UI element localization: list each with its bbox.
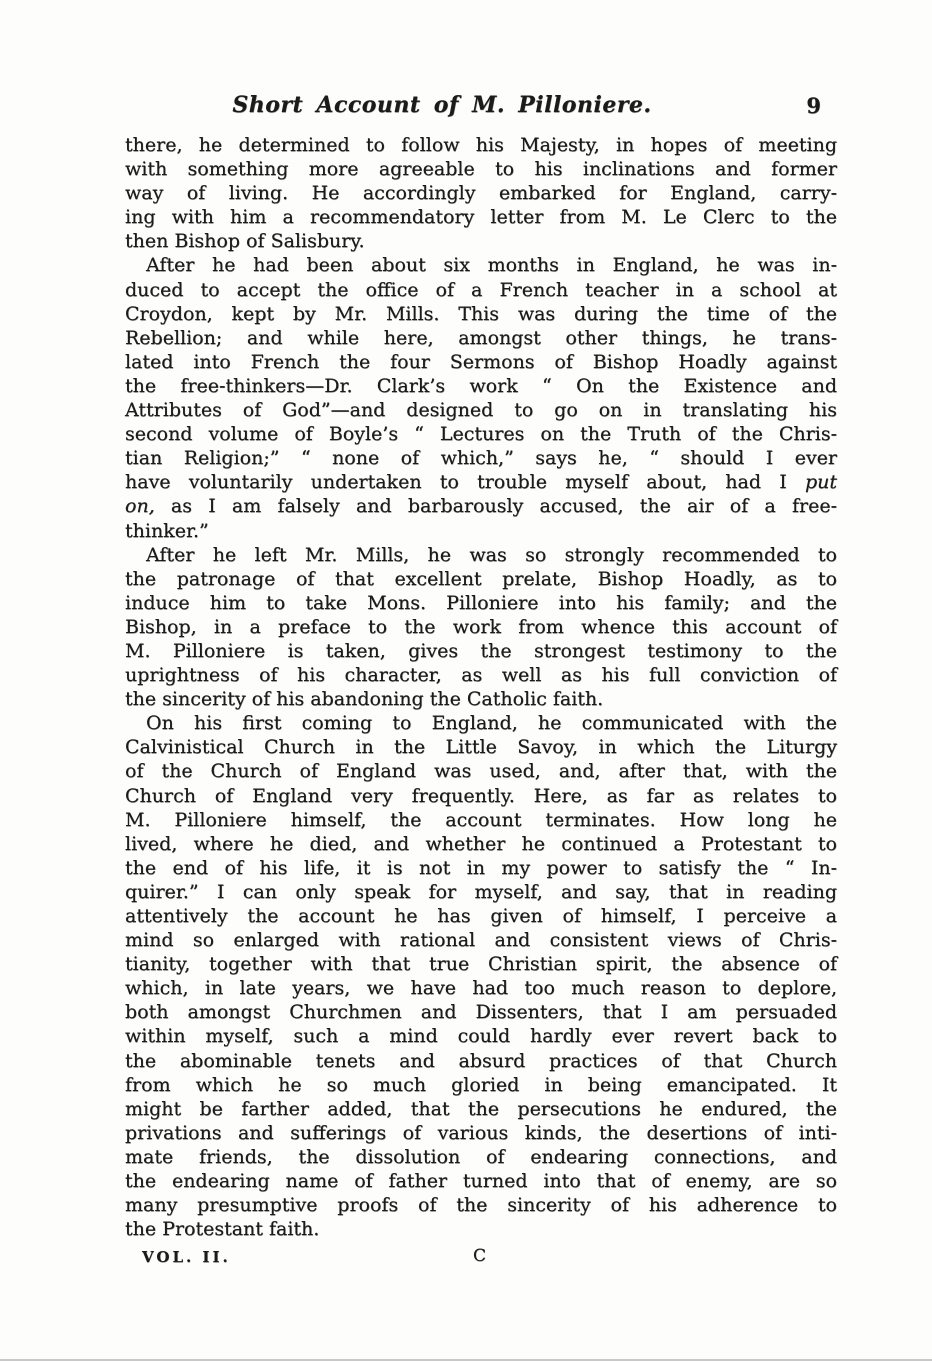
text-segment: mate friends, the dissolution of endeari… bbox=[125, 1146, 837, 1168]
text-segment: the patronage of that excellent prelate,… bbox=[125, 568, 837, 590]
text-segment: thinker.” bbox=[125, 520, 209, 542]
text-line: way of living. He accordingly embarked f… bbox=[125, 181, 837, 205]
text-segment: which, in late years, we have had too mu… bbox=[125, 977, 837, 999]
text-line: Calvinistical Church in the Little Savoy… bbox=[125, 735, 837, 759]
text-line: the free-thinkers—Dr. Clark’s work “ On … bbox=[125, 374, 837, 398]
text-line: many presumptive proofs of the sincerity… bbox=[125, 1193, 837, 1217]
text-line: Attributes of God”—and designed to go on… bbox=[125, 398, 837, 422]
text-segment: Church of England very frequently. Here,… bbox=[125, 785, 837, 807]
text-body: there, he determined to follow his Majes… bbox=[125, 133, 837, 1241]
text-segment: ing with him a recommendatory letter fro… bbox=[125, 206, 837, 228]
italic-text: on, bbox=[125, 495, 155, 517]
text-segment: way of living. He accordingly embarked f… bbox=[125, 182, 837, 204]
text-line: both amongst Churchmen and Dissenters, t… bbox=[125, 1000, 837, 1024]
text-line: on, as I am falsely and barbarously accu… bbox=[125, 494, 837, 518]
text-line: Croydon, kept by Mr. Mills. This was dur… bbox=[125, 302, 837, 326]
text-segment: Rebellion; and while here, amongst other… bbox=[125, 327, 837, 349]
text-segment: lived, where he died, and whether he con… bbox=[125, 833, 837, 855]
running-header: Short Account of M. Pilloniere. 9 bbox=[125, 92, 837, 122]
text-segment: there, he determined to follow his Majes… bbox=[125, 134, 837, 156]
text-line: the abominable tenets and absurd practic… bbox=[125, 1049, 837, 1073]
text-line: which, in late years, we have had too mu… bbox=[125, 976, 837, 1000]
text-line: have voluntarily undertaken to trouble m… bbox=[125, 470, 837, 494]
text-line: attentively the account he has given of … bbox=[125, 904, 837, 928]
text-segment: Calvinistical Church in the Little Savoy… bbox=[125, 736, 837, 758]
page-footer: VOL. II. C bbox=[125, 1246, 837, 1272]
text-segment: then Bishop of Salisbury. bbox=[125, 230, 365, 252]
text-line: uprightness of his character, as well as… bbox=[125, 663, 837, 687]
text-segment: have voluntarily undertaken to trouble m… bbox=[125, 471, 805, 493]
text-segment: second volume of Boyle’s “ Lectures on t… bbox=[125, 423, 837, 445]
text-line: M. Pilloniere himself, the account termi… bbox=[125, 808, 837, 832]
text-line: with something more agreeable to his inc… bbox=[125, 157, 837, 181]
text-line: tian Religion;” “ none of which,” says h… bbox=[125, 446, 837, 470]
text-segment: mind so enlarged with rational and consi… bbox=[125, 929, 837, 951]
text-line: within myself, such a mind could hardly … bbox=[125, 1024, 837, 1048]
text-segment: duced to accept the office of a French t… bbox=[125, 279, 837, 301]
text-segment: both amongst Churchmen and Dissenters, t… bbox=[125, 1001, 837, 1023]
text-line: On his first coming to England, he commu… bbox=[125, 711, 837, 735]
text-segment: the abominable tenets and absurd practic… bbox=[125, 1050, 837, 1072]
text-segment: of the Church of England was used, and, … bbox=[125, 760, 837, 782]
text-line: the end of his life, it is not in my pow… bbox=[125, 856, 837, 880]
text-segment: uprightness of his character, as well as… bbox=[125, 664, 837, 686]
catchword: C bbox=[473, 1246, 486, 1266]
text-segment: might be farther added, that the persecu… bbox=[125, 1098, 837, 1120]
text-segment: tianity, together with that true Christi… bbox=[125, 953, 837, 975]
text-segment: within myself, such a mind could hardly … bbox=[125, 1025, 837, 1047]
text-segment: attentively the account he has given of … bbox=[125, 905, 837, 927]
text-segment: privations and sufferings of various kin… bbox=[125, 1122, 837, 1144]
text-line: quirer.” I can only speak for myself, an… bbox=[125, 880, 837, 904]
text-segment: quirer.” I can only speak for myself, an… bbox=[125, 881, 837, 903]
text-line: Rebellion; and while here, amongst other… bbox=[125, 326, 837, 350]
text-line: duced to accept the office of a French t… bbox=[125, 278, 837, 302]
text-segment: On his first coming to England, he commu… bbox=[146, 712, 837, 734]
text-segment: Croydon, kept by Mr. Mills. This was dur… bbox=[125, 303, 837, 325]
text-segment: the sincerity of his abandoning the Cath… bbox=[125, 688, 603, 710]
text-segment: induce him to take Mons. Pilloniere into… bbox=[125, 592, 837, 614]
text-line: After he had been about six months in En… bbox=[125, 253, 837, 277]
text-segment: many presumptive proofs of the sincerity… bbox=[125, 1194, 837, 1216]
text-line: After he left Mr. Mills, he was so stron… bbox=[125, 543, 837, 567]
text-segment: the Protestant faith. bbox=[125, 1218, 319, 1240]
text-line: might be farther added, that the persecu… bbox=[125, 1097, 837, 1121]
text-line: then Bishop of Salisbury. bbox=[125, 229, 837, 253]
text-segment: the end of his life, it is not in my pow… bbox=[125, 857, 837, 879]
italic-text: put bbox=[805, 471, 837, 493]
text-line: induce him to take Mons. Pilloniere into… bbox=[125, 591, 837, 615]
text-segment: the endearing name of father turned into… bbox=[125, 1170, 837, 1192]
volume-label: VOL. II. bbox=[142, 1248, 231, 1266]
text-line: mind so enlarged with rational and consi… bbox=[125, 928, 837, 952]
text-segment: After he had been about six months in En… bbox=[146, 254, 837, 276]
page-number: 9 bbox=[806, 93, 821, 118]
text-line: tianity, together with that true Christi… bbox=[125, 952, 837, 976]
text-line: lated into French the four Sermons of Bi… bbox=[125, 350, 837, 374]
text-line: Church of England very frequently. Here,… bbox=[125, 784, 837, 808]
text-line: mate friends, the dissolution of endeari… bbox=[125, 1145, 837, 1169]
text-segment: tian Religion;” “ none of which,” says h… bbox=[125, 447, 837, 469]
text-line: the sincerity of his abandoning the Cath… bbox=[125, 687, 837, 711]
text-segment: with something more agreeable to his inc… bbox=[125, 158, 837, 180]
text-line: lived, where he died, and whether he con… bbox=[125, 832, 837, 856]
page-title: Short Account of M. Pilloniere. bbox=[125, 92, 759, 118]
text-line: ing with him a recommendatory letter fro… bbox=[125, 205, 837, 229]
text-line: M. Pilloniere is taken, gives the strong… bbox=[125, 639, 837, 663]
text-line: the endearing name of father turned into… bbox=[125, 1169, 837, 1193]
text-line: the Protestant faith. bbox=[125, 1217, 837, 1241]
text-line: the patronage of that excellent prelate,… bbox=[125, 567, 837, 591]
text-line: privations and sufferings of various kin… bbox=[125, 1121, 837, 1145]
text-segment: M. Pilloniere himself, the account termi… bbox=[125, 809, 837, 831]
text-segment: M. Pilloniere is taken, gives the strong… bbox=[125, 640, 837, 662]
text-segment: from which he so much gloried in being e… bbox=[125, 1074, 837, 1096]
text-segment: Bishop, in a preface to the work from wh… bbox=[125, 616, 837, 638]
text-segment: the free-thinkers—Dr. Clark’s work “ On … bbox=[125, 375, 837, 397]
text-line: from which he so much gloried in being e… bbox=[125, 1073, 837, 1097]
text-line: of the Church of England was used, and, … bbox=[125, 759, 837, 783]
text-line: thinker.” bbox=[125, 519, 837, 543]
text-line: there, he determined to follow his Majes… bbox=[125, 133, 837, 157]
text-segment: Attributes of God”—and designed to go on… bbox=[125, 399, 837, 421]
text-line: Bishop, in a preface to the work from wh… bbox=[125, 615, 837, 639]
text-segment: After he left Mr. Mills, he was so stron… bbox=[146, 544, 837, 566]
text-segment: lated into French the four Sermons of Bi… bbox=[125, 351, 837, 373]
text-segment: as I am falsely and barbarously accused,… bbox=[155, 495, 837, 517]
book-page: Short Account of M. Pilloniere. 9 there,… bbox=[0, 0, 932, 1361]
text-line: second volume of Boyle’s “ Lectures on t… bbox=[125, 422, 837, 446]
